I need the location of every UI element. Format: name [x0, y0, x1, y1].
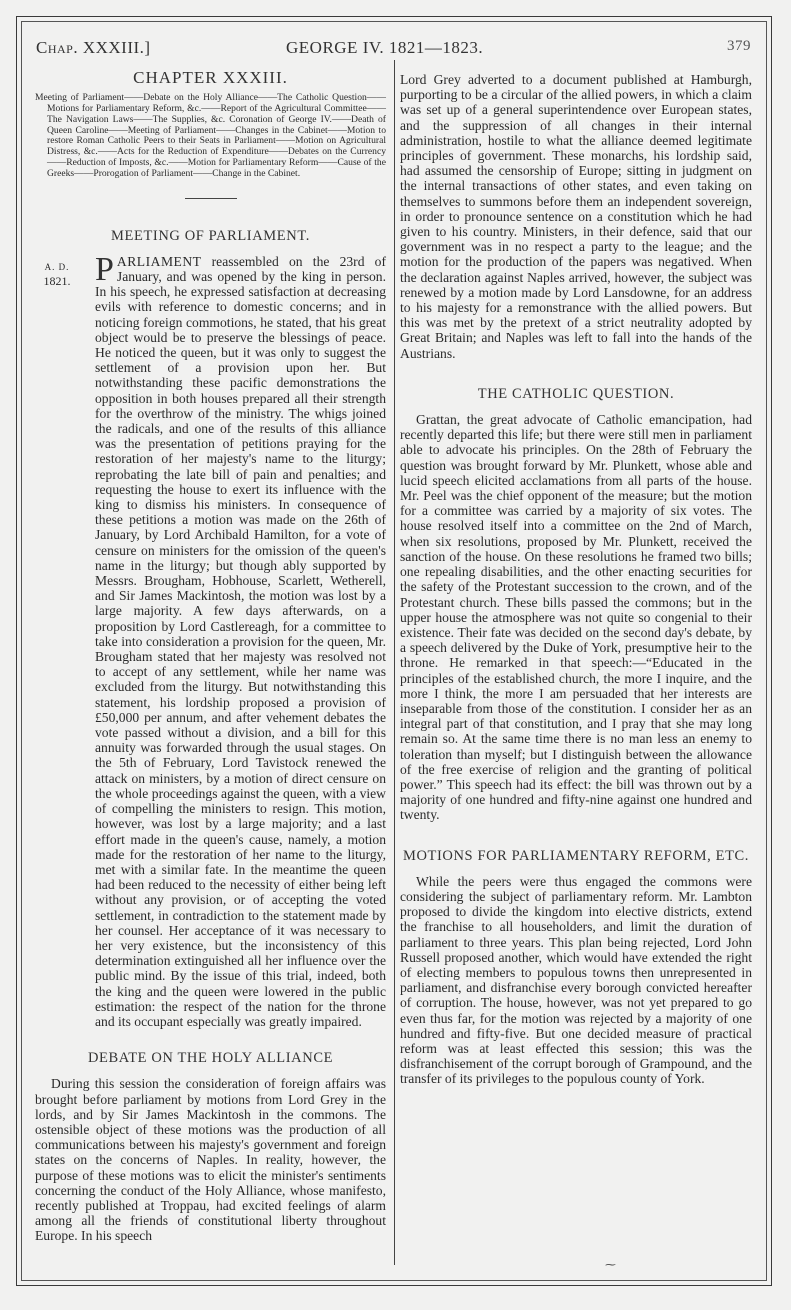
- chapter-title: CHAPTER XXXIII.: [35, 70, 386, 85]
- paragraph-catholic-question: Grattan, the great advocate of Catholic …: [400, 412, 752, 822]
- running-header: Chap. XXXIII.] GEORGE IV. 1821—1823. 379: [36, 38, 761, 60]
- caps-word: ARLIAMENT: [117, 254, 202, 269]
- margin-note-ad: A. D.: [37, 260, 77, 274]
- chapter-label: Chap. XXXIII.]: [36, 38, 151, 58]
- margin-note-year-value: 1821.: [44, 274, 71, 288]
- decorative-rule: [185, 198, 237, 199]
- left-column: CHAPTER XXXIII. Meeting of Parliament——D…: [35, 68, 386, 1244]
- column-divider: [394, 60, 395, 1265]
- paragraph-meeting-of-parliament: PARLIAMENT reassembled on the 23rd of Ja…: [35, 254, 386, 1029]
- end-ornament: ⁓: [605, 1258, 616, 1271]
- page-number: 379: [727, 38, 751, 55]
- right-column: Lord Grey adverted to a document publish…: [400, 72, 752, 1087]
- section-heading-holy-alliance: DEBATE ON THE HOLY ALLIANCE: [35, 1051, 386, 1066]
- book-title-dates: GEORGE IV. 1821—1823.: [286, 38, 483, 58]
- paragraph-parliamentary-reform: While the peers were thus engaged the co…: [400, 874, 752, 1087]
- drop-cap: P: [95, 256, 114, 284]
- section-heading-catholic-question: THE CATHOLIC QUESTION.: [400, 387, 752, 402]
- section-heading-meeting-of-parliament: MEETING OF PARLIAMENT.: [35, 229, 386, 244]
- paragraph-holy-alliance: During this session the consideration of…: [35, 1076, 386, 1243]
- paragraph-text: reassembled on the 23rd of January, and …: [95, 254, 386, 1029]
- section-heading-parliamentary-reform: MOTIONS FOR PARLIAMENTARY REFORM, ETC.: [400, 849, 752, 864]
- paragraph-continuation: Lord Grey adverted to a document publish…: [400, 72, 752, 361]
- chapter-argument: Meeting of Parliament——Debate on the Hol…: [35, 93, 386, 179]
- margin-note-year: A. D. 1821.: [37, 260, 77, 288]
- section-meeting-of-parliament: A. D. 1821. PARLIAMENT reassembled on th…: [35, 254, 386, 1029]
